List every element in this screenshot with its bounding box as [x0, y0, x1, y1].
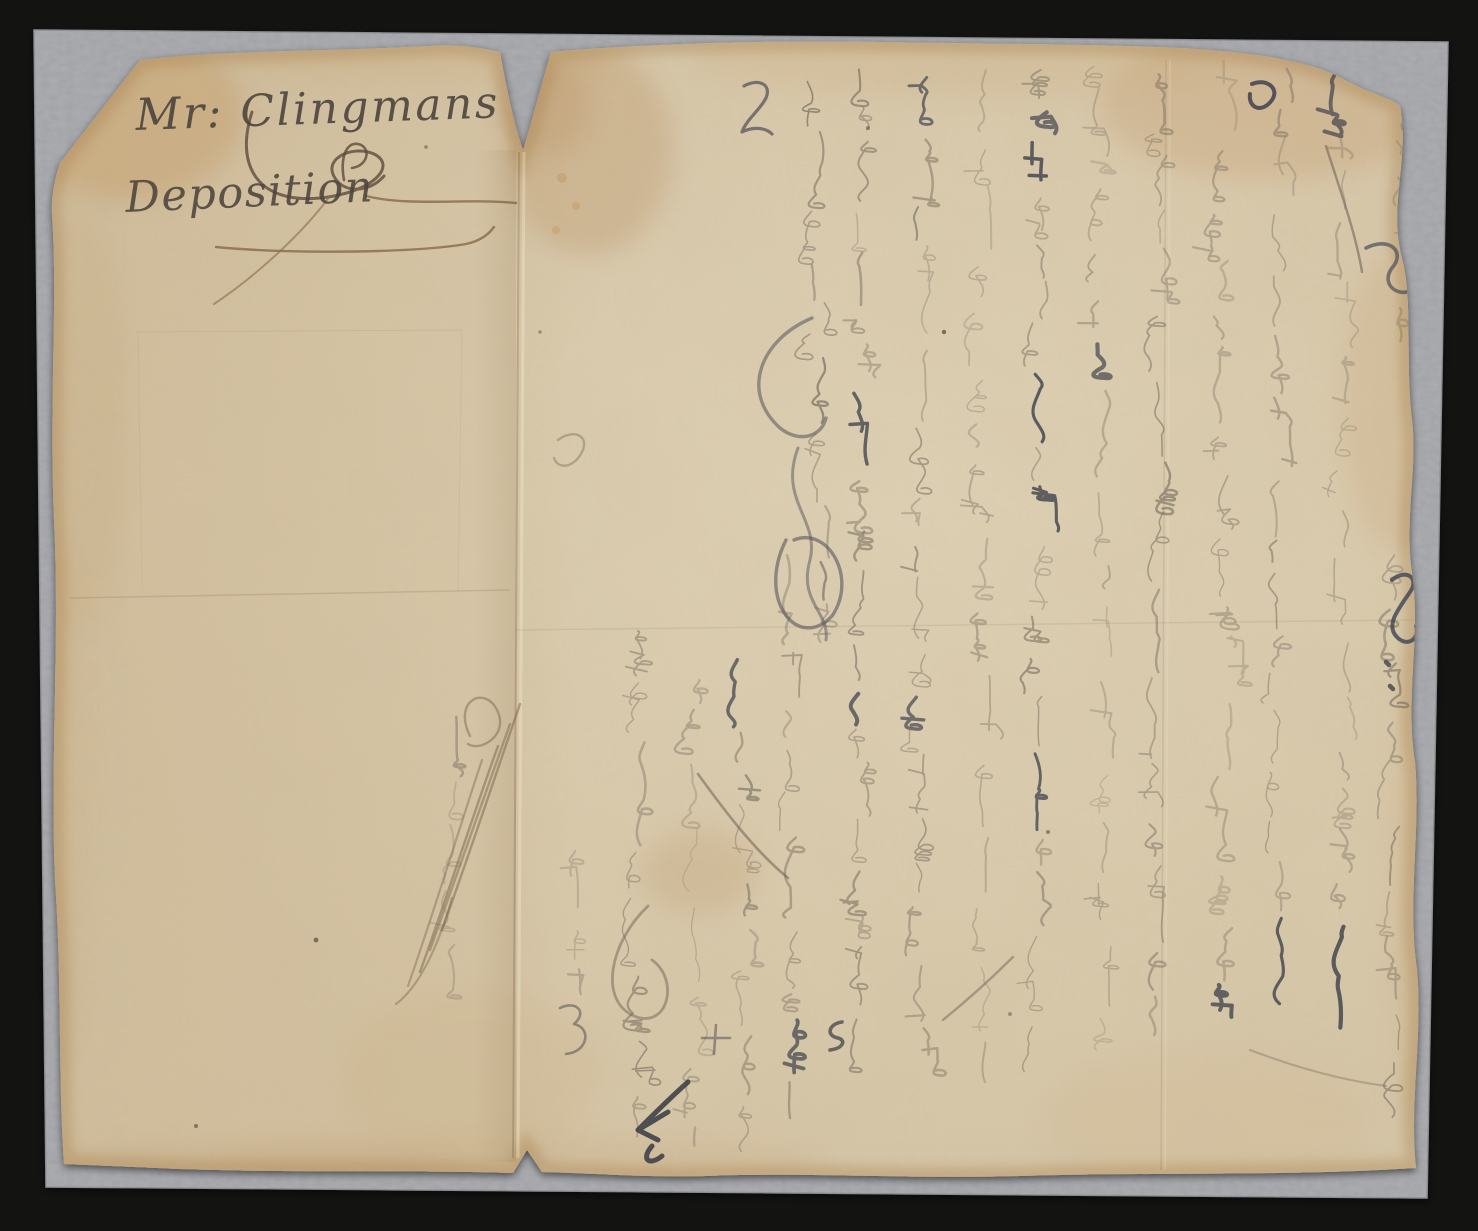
manuscript-page: Mr: Clingmans Deposition	[13, 25, 1453, 1196]
paper-grain	[40, 25, 1440, 1195]
manuscript-scan: Mr: Clingmans Deposition	[0, 0, 1478, 1231]
